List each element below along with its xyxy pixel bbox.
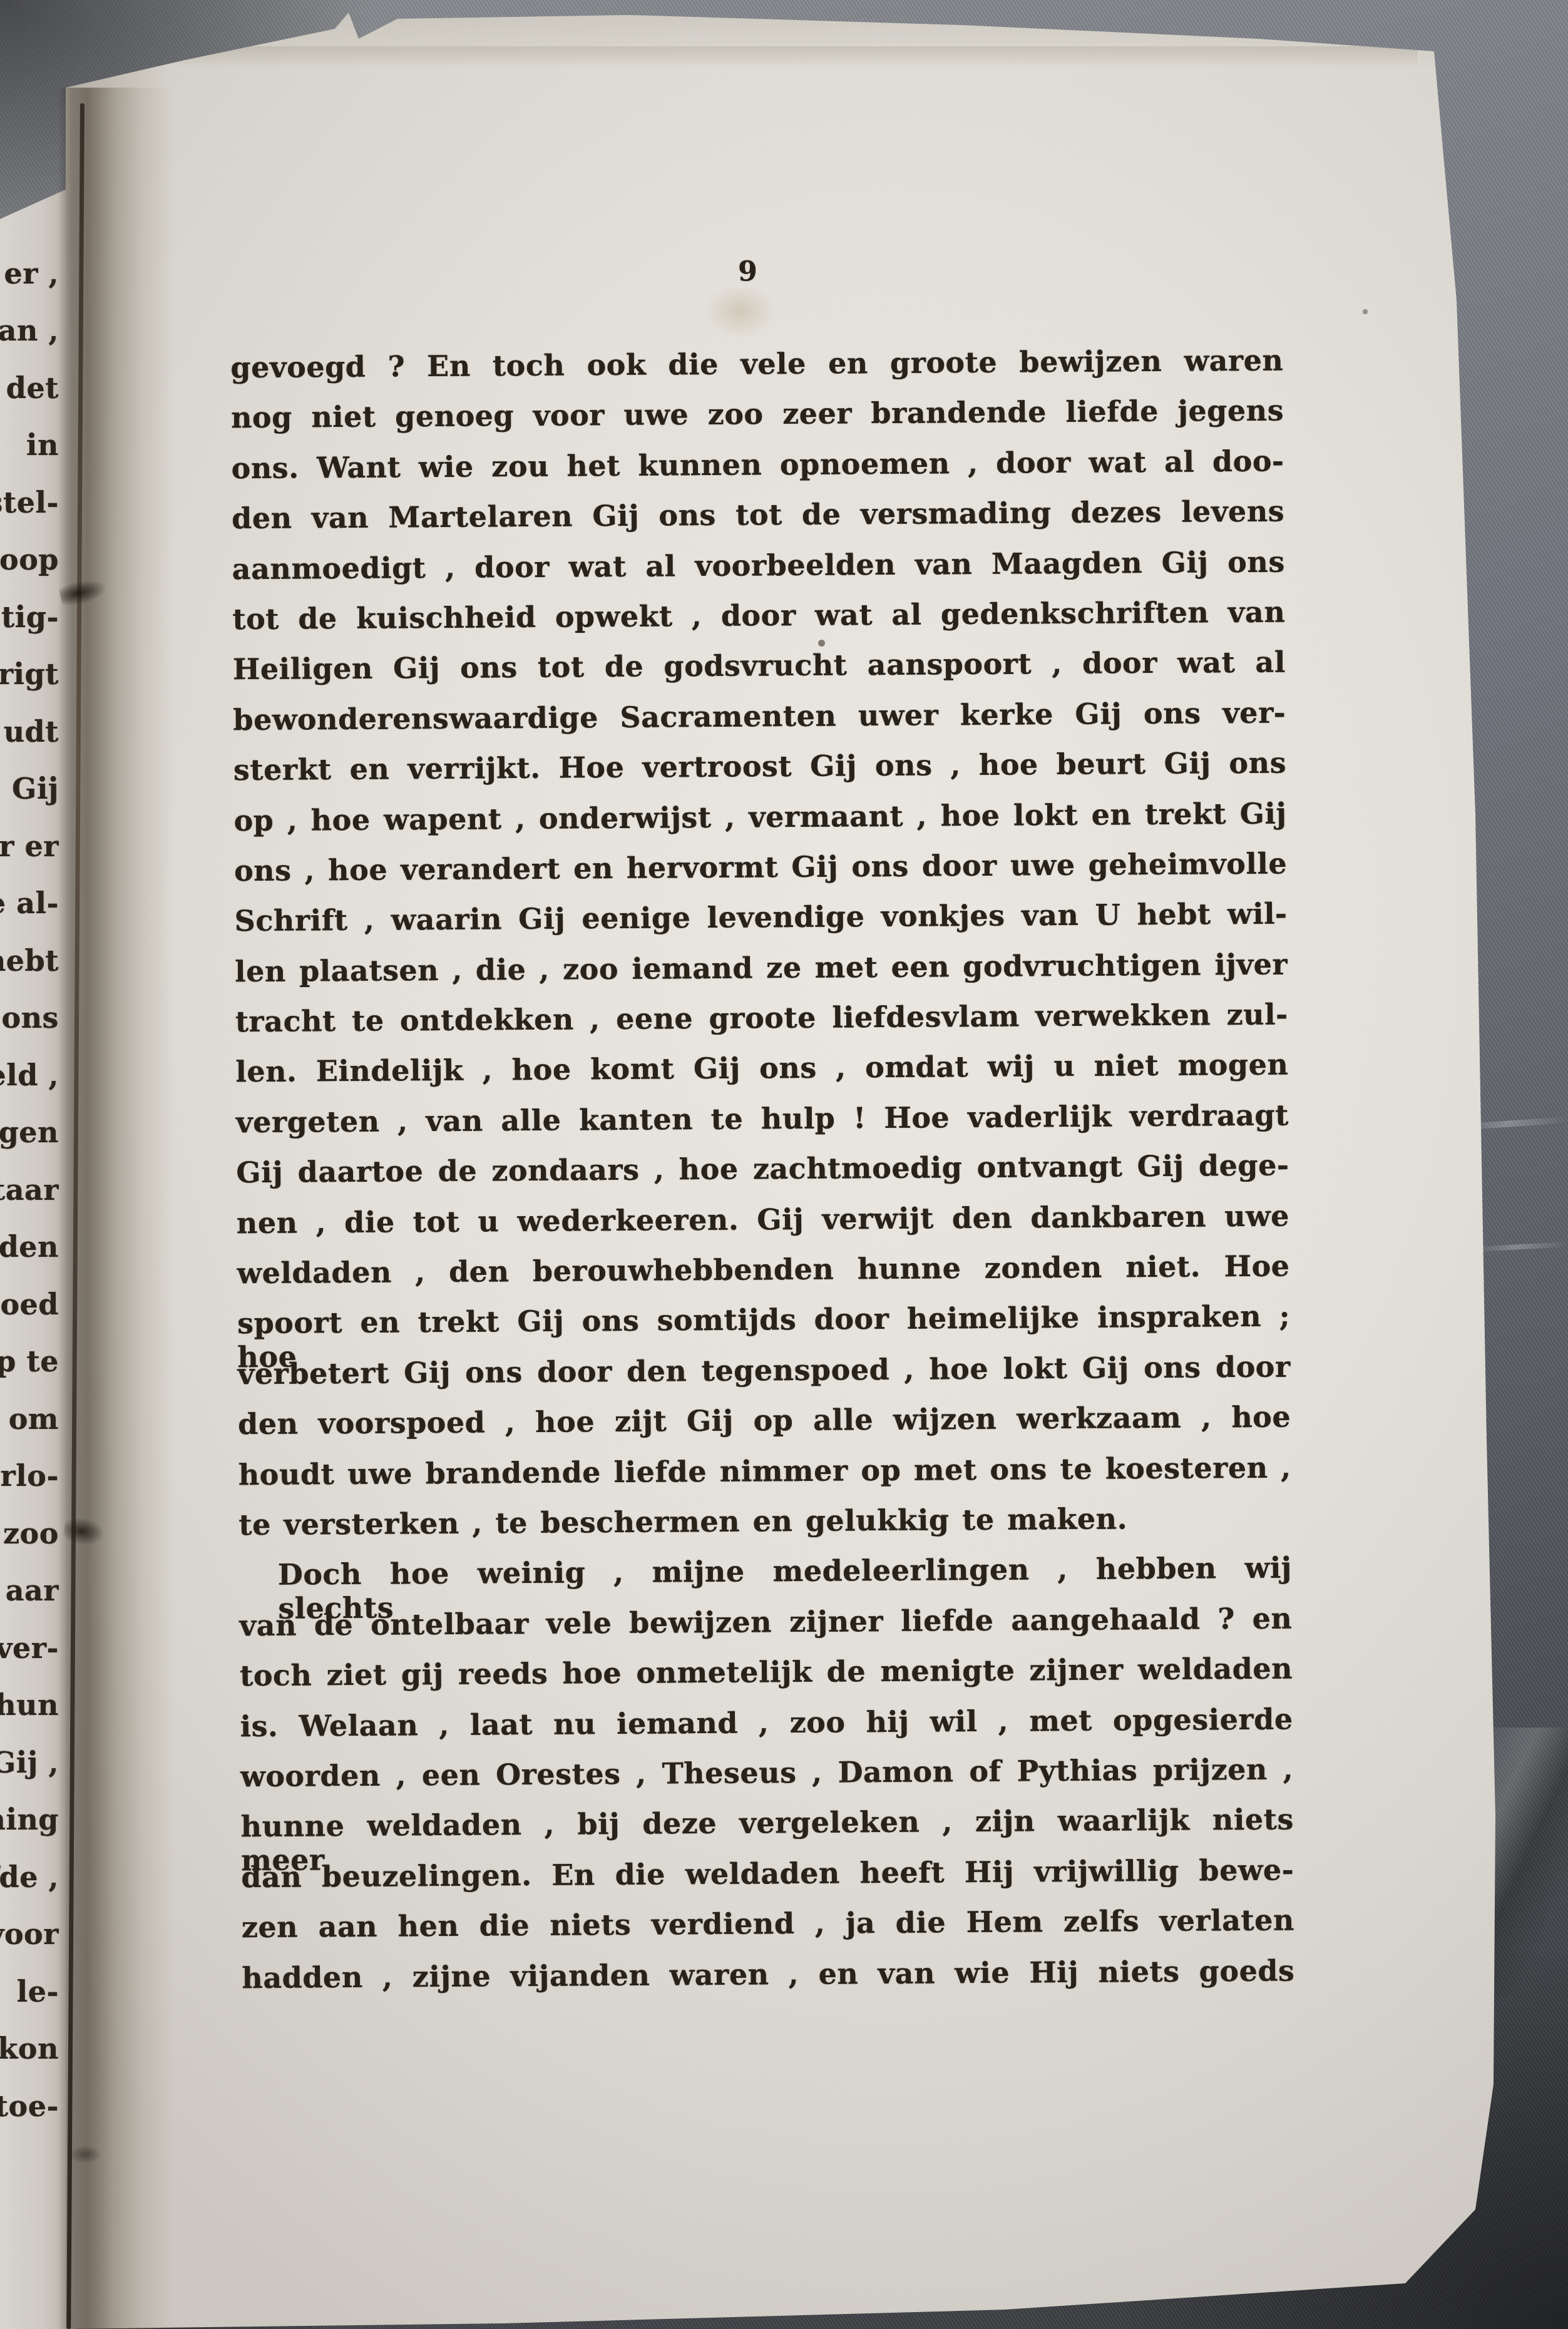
left-page-text-fragment: eld , bbox=[0, 1058, 59, 1092]
text-line: gevoegd ? En toch ook die vele en groote… bbox=[230, 344, 1284, 401]
left-page-text-fragment: loed bbox=[0, 1287, 59, 1321]
left-page-text-fragment: oop bbox=[0, 543, 59, 576]
left-page-text-fragment: erlo- bbox=[0, 1459, 59, 1493]
left-page-text-fragment: voor bbox=[0, 1917, 59, 1951]
text-line: te versterken , te beschermen en gelukki… bbox=[238, 1500, 1292, 1558]
text-line: van de ontelbaar vele bewijzen zijner li… bbox=[239, 1601, 1293, 1659]
text-line: woorden , een Orestes , Theseus , Damon … bbox=[240, 1752, 1294, 1809]
text-line: sterkt en verrijkt. Hoe vertroost Gij on… bbox=[233, 746, 1287, 804]
text-line: aanmoedigt , door wat al voorbeelden van… bbox=[232, 545, 1286, 602]
text-line: nen , die tot u wederkeeren. Gij verwijt… bbox=[237, 1199, 1290, 1256]
page-number: 9 bbox=[700, 255, 794, 288]
left-page-text-fragment: stel- bbox=[0, 486, 59, 520]
text-line: hunne weldaden , bij deze vergeleken , z… bbox=[241, 1803, 1294, 1860]
left-page-text-fragment: rigt bbox=[0, 657, 59, 691]
text-line: ons , hoe verandert en hervormt Gij ons … bbox=[234, 846, 1288, 904]
text-line: den van Martelaren Gij ons tot de versma… bbox=[232, 494, 1285, 552]
text-line: len. Eindelijk , hoe komt Gij ons , omda… bbox=[235, 1048, 1289, 1105]
text-line: verbetert Gij ons door den tegenspoed , … bbox=[238, 1349, 1291, 1407]
text-line: is. Welaan , laat nu iemand , zoo hij wi… bbox=[240, 1702, 1293, 1759]
page-content: 9 gevoegd ? En toch ook die vele en groo… bbox=[63, 0, 1568, 2329]
left-page-text-fragment: taar bbox=[0, 1173, 59, 1207]
left-page-text-fragment: gen bbox=[0, 1115, 59, 1149]
left-page-text-fragment: le- bbox=[17, 1975, 59, 2009]
text-line: bewonderenswaardige Sacramenten uwer ker… bbox=[233, 695, 1286, 753]
text-line: weldaden , den berouwhebbenden hunne zon… bbox=[237, 1249, 1290, 1307]
text-line: len plaatsen , die , zoo iemand ze met e… bbox=[235, 947, 1288, 1005]
left-page-text-fragment: om bbox=[9, 1402, 59, 1436]
left-page-text-fragment: er , bbox=[4, 257, 59, 290]
left-page-text-fragment: Gij , bbox=[0, 1746, 59, 1779]
text-line: vergeten , van alle kanten te hulp ! Hoe… bbox=[236, 1098, 1289, 1155]
text-line: Schrift , waarin Gij eenige levendige vo… bbox=[234, 897, 1288, 955]
text-line: ons. Want wie zou het kunnen opnoemen , … bbox=[231, 444, 1284, 501]
book-photo: er , an , det in stel- oop tig- rigt udt… bbox=[0, 0, 1568, 2329]
left-page-text-fragment: Gij bbox=[12, 772, 59, 806]
text-line: nog niet genoeg voor uwe zoo zeer brande… bbox=[231, 394, 1284, 451]
text-line: dan beuzelingen. En die weldaden heeft H… bbox=[241, 1853, 1294, 1910]
left-page-text-fragment: an , bbox=[0, 314, 59, 347]
left-page-text-fragment: hun bbox=[0, 1688, 59, 1722]
left-page-text-fragment: p te bbox=[0, 1344, 59, 1378]
text-line: tracht te ontdekken , eene groote liefde… bbox=[235, 998, 1289, 1055]
left-page-text-fragment: e al- bbox=[0, 886, 59, 920]
text-line: houdt uwe brandende liefde nimmer op met… bbox=[238, 1450, 1292, 1508]
left-page-text-fragment: fde , bbox=[0, 1860, 59, 1894]
text-line: op , hoe wapent , onderwijst , vermaant … bbox=[233, 796, 1287, 854]
text-line: Gij daartoe de zondaars , hoe zachtmoedi… bbox=[236, 1149, 1289, 1206]
left-page-text-fragment: tig- bbox=[1, 600, 59, 634]
left-page-text-fragment: den bbox=[0, 1230, 59, 1264]
body-text: gevoegd ? En toch ook die vele en groote… bbox=[230, 344, 1294, 2012]
binding-thread bbox=[69, 2146, 101, 2163]
left-page-text-fragment: hebt bbox=[0, 944, 59, 978]
left-page-text-fragment: aar bbox=[6, 1574, 59, 1607]
left-page-text-fragment: udt bbox=[4, 715, 59, 749]
left-page-text-fragment: kon bbox=[0, 2032, 59, 2065]
left-page-text-fragment: ning bbox=[0, 1803, 59, 1836]
left-page-text-fragment: toe- bbox=[0, 2089, 59, 2123]
left-page-text-fragment: in bbox=[26, 428, 59, 462]
left-page-text-fragment: det bbox=[6, 371, 59, 405]
text-line: den voorspoed , hoe zijt Gij op alle wij… bbox=[238, 1400, 1291, 1458]
text-line: tot de kuischheid opwekt , door wat al g… bbox=[232, 595, 1286, 652]
text-line: toch ziet gij reeds hoe onmetelijk de me… bbox=[240, 1652, 1293, 1709]
left-page-text-fragment: zoo bbox=[3, 1517, 59, 1550]
text-line: Doch hoe weinig , mijne medeleerlingen ,… bbox=[239, 1551, 1293, 1609]
facing-page-edge: er , an , det in stel- oop tig- rigt udt… bbox=[0, 0, 75, 2329]
left-page-text-fragment: ons bbox=[1, 1001, 59, 1035]
binding-thread bbox=[62, 1516, 105, 1547]
left-page-text-fragment: ver- bbox=[0, 1631, 59, 1665]
book-page: 9 gevoegd ? En toch ook die vele en groo… bbox=[66, 0, 1568, 2329]
text-line: spoort en trekt Gij ons somtijds door he… bbox=[237, 1299, 1291, 1357]
text-line: Heiligen Gij ons tot de godsvrucht aansp… bbox=[233, 645, 1286, 703]
left-page-text-fragment: r er bbox=[0, 829, 59, 863]
text-line: hadden , zijne vijanden waren , en van w… bbox=[242, 1953, 1295, 2011]
text-line: zen aan hen die niets verdiend , ja die … bbox=[242, 1903, 1295, 1961]
